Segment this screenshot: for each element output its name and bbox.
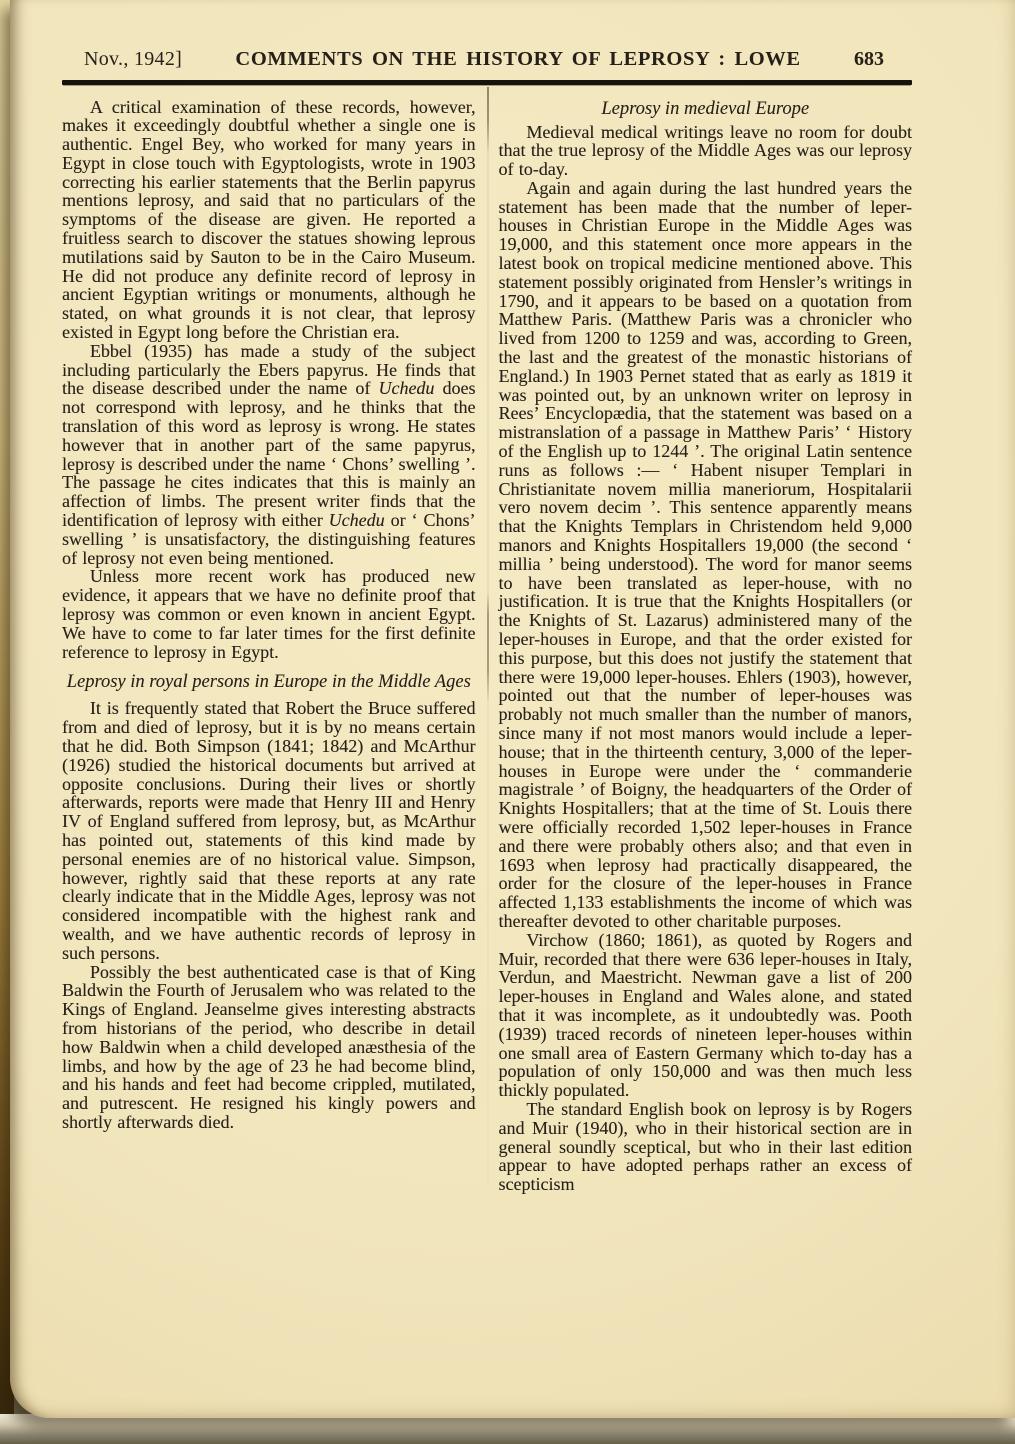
paragraph: Possibly the best authenticated case is … [62,963,476,1132]
scanned-journal-page: Nov., 1942] COMMENTS ON THE HISTORY OF L… [0,0,1015,1444]
column-right: Leprosy in medieval EuropeMedieval medic… [499,98,913,1194]
page-content: Nov., 1942] COMMENTS ON THE HISTORY OF L… [10,0,1015,1194]
page: Nov., 1942] COMMENTS ON THE HISTORY OF L… [10,0,1015,1418]
column-left: A critical examination of these records,… [62,98,476,1194]
issue-date: Nov., 1942] [84,48,182,71]
paragraph: A critical examination of these records,… [62,98,476,342]
column-divider-rule [487,87,489,1186]
underlying-pages-edge [0,1414,1015,1444]
paragraph: It is frequently stated that Robert the … [62,699,476,962]
article-body: A critical examination of these records,… [62,85,912,1194]
paragraph: The standard English book on leprosy is … [499,1100,913,1194]
page-title: COMMENTS ON THE HISTORY OF LEPROSY : LOW… [182,48,854,71]
paragraph: Virchow (1860; 1861), as quoted by Roger… [499,931,913,1100]
paragraph: Again and again during the last hundred … [499,179,913,931]
section-heading: Leprosy in royal persons in Europe in th… [62,672,476,692]
page-number: 683 [854,48,884,71]
section-heading: Leprosy in medieval Europe [499,99,913,119]
paragraph: Medieval medical writings leave no room … [499,123,913,179]
paragraph: Unless more recent work has produced new… [62,567,476,661]
paragraph: Ebbel (1935) has made a study of the sub… [62,342,476,568]
running-header: Nov., 1942] COMMENTS ON THE HISTORY OF L… [62,48,912,71]
